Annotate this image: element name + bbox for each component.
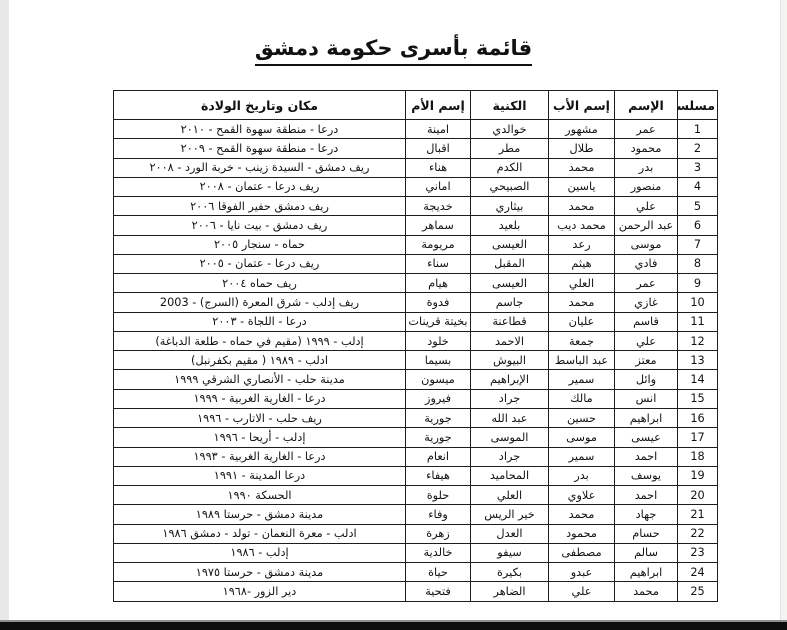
cell-father: عبدو — [549, 563, 615, 582]
cell-mother: جورية — [406, 408, 471, 427]
cell-mother: حلوة — [406, 486, 471, 505]
cell-surname: العيسى — [471, 235, 549, 254]
cell-name: ابراهيم — [615, 563, 678, 582]
cell-name: علي — [615, 197, 678, 216]
table-row: 10غازيمحمدجاسمفدوةريف إدلب - شرق المعرة … — [114, 293, 718, 312]
cell-birth: حماه - سنجار ٢٠٠٥ — [114, 235, 406, 254]
document-title-text: قائمة بأسرى حكومة دمشق — [255, 36, 532, 66]
cell-mother: فدوة — [406, 293, 471, 312]
cell-father: مشهور — [549, 120, 615, 139]
cell-mother: خلود — [406, 331, 471, 350]
cell-father: محمد — [549, 197, 615, 216]
cell-father: محمد — [549, 293, 615, 312]
cell-father: محمد ديب — [549, 216, 615, 235]
cell-birth: مدينة دمشق - حرستا ١٩٧٥ — [114, 563, 406, 582]
cell-surname: العدل — [471, 524, 549, 543]
document-title: قائمة بأسرى حكومة دمشق — [0, 36, 787, 66]
cell-name: عمر — [615, 274, 678, 293]
cell-serial: 9 — [678, 274, 718, 293]
cell-mother: مريومة — [406, 235, 471, 254]
cell-surname: خوالدي — [471, 120, 549, 139]
table-row: 19يوسفبدرالمحاميدهيفاءدرعا المدينة - ١٩٩… — [114, 466, 718, 485]
cell-surname: الكدم — [471, 158, 549, 177]
cell-mother: امينة — [406, 120, 471, 139]
cell-serial: 10 — [678, 293, 718, 312]
cell-birth: ريف درعا - عتمان - ٢٠٠٥ — [114, 254, 406, 273]
cell-surname: الموسى — [471, 428, 549, 447]
cell-name: محمد — [615, 582, 678, 601]
cell-surname: خير الريس — [471, 505, 549, 524]
table-body: 1عمرمشهورخوالديامينةدرعا - منطقة سهوة ال… — [114, 120, 718, 602]
cell-surname: جراد — [471, 447, 549, 466]
cell-surname: الإبراهيم — [471, 370, 549, 389]
cell-serial: 4 — [678, 177, 718, 196]
cell-name: بدر — [615, 158, 678, 177]
cell-father: مالك — [549, 389, 615, 408]
cell-surname: بكيرة — [471, 563, 549, 582]
cell-father: محمد — [549, 505, 615, 524]
cell-surname: جراد — [471, 389, 549, 408]
cell-name: حسام — [615, 524, 678, 543]
cell-father: سمير — [549, 447, 615, 466]
column-header-serial: مسلسل — [678, 91, 718, 120]
column-header-surname: الكنية — [471, 91, 549, 120]
cell-name: ابراهيم — [615, 408, 678, 427]
cell-birth: دير الزور -١٩٦٨ — [114, 582, 406, 601]
cell-mother: سناء — [406, 254, 471, 273]
cell-father: حسين — [549, 408, 615, 427]
table-row: 21جهادمحمدخير الريسوفاءمدينة دمشق - حرست… — [114, 505, 718, 524]
cell-name: عمر — [615, 120, 678, 139]
cell-mother: جورية — [406, 428, 471, 447]
cell-mother: انعام — [406, 447, 471, 466]
cell-serial: 1 — [678, 120, 718, 139]
cell-serial: 13 — [678, 351, 718, 370]
table-row: 16ابراهيمحسينعبد اللهجوريةريف حلب - الات… — [114, 408, 718, 427]
cell-mother: اماني — [406, 177, 471, 196]
cell-birth: درعا - الغارية الغربية - ١٩٩٩ — [114, 389, 406, 408]
cell-birth: ريف دمشق حفير الفوقا ٢٠٠٦ — [114, 197, 406, 216]
cell-surname: العلي — [471, 486, 549, 505]
cell-serial: 23 — [678, 543, 718, 562]
cell-surname: البيوش — [471, 351, 549, 370]
table-row: 23سالممصطفىسيفوخالديةإدلب - ١٩٨٦ — [114, 543, 718, 562]
cell-name: علي — [615, 331, 678, 350]
cell-mother: بسيما — [406, 351, 471, 370]
cell-serial: 11 — [678, 312, 718, 331]
cell-mother: هيام — [406, 274, 471, 293]
column-header-mother: إسم الأم — [406, 91, 471, 120]
cell-serial: 25 — [678, 582, 718, 601]
cell-father: علاوي — [549, 486, 615, 505]
table-header: مسلسلالإسمإسم الأبالكنيةإسم الأممكان وتا… — [114, 91, 718, 120]
scan-bottom-bar — [0, 620, 787, 630]
cell-birth: درعا المدينة - ١٩٩١ — [114, 466, 406, 485]
cell-father: هيثم — [549, 254, 615, 273]
cell-birth: مدينة حلب - الأنصاري الشرقي ١٩٩٩ — [114, 370, 406, 389]
cell-name: عيسى — [615, 428, 678, 447]
cell-father: محمود — [549, 524, 615, 543]
table-row: 7موسىرعدالعيسىمريومةحماه - سنجار ٢٠٠٥ — [114, 235, 718, 254]
cell-serial: 6 — [678, 216, 718, 235]
table-row: 14وائلسميرالإبراهيمميسونمدينة حلب - الأن… — [114, 370, 718, 389]
table-row: 11قاسمعليانقطاعنةبخيتة قريناتدرعا - اللج… — [114, 312, 718, 331]
table-row: 13معتزعبد الباسطالبيوشبسيماادلب - ١٩٨٩ (… — [114, 351, 718, 370]
cell-birth: ادلب - معرة النعمان - تولد - دمشق ١٩٨٦ — [114, 524, 406, 543]
table-row: 1عمرمشهورخوالديامينةدرعا - منطقة سهوة ال… — [114, 120, 718, 139]
table-row: 17عيسىموسىالموسىجوريةإدلب - أريحا - ١٩٩٦ — [114, 428, 718, 447]
cell-mother: اقبال — [406, 139, 471, 158]
cell-birth: ريف حلب - الاتارب - ١٩٩٦ — [114, 408, 406, 427]
cell-mother: خالدية — [406, 543, 471, 562]
cell-father: رعد — [549, 235, 615, 254]
cell-birth: درعا - الغارية الغربية - ١٩٩٣ — [114, 447, 406, 466]
cell-name: غازي — [615, 293, 678, 312]
column-header-name: الإسم — [615, 91, 678, 120]
cell-name: احمد — [615, 447, 678, 466]
cell-serial: 3 — [678, 158, 718, 177]
table-row: 5عليمحمدبيثاريخديجةريف دمشق حفير الفوقا … — [114, 197, 718, 216]
cell-birth: مدينة دمشق - حرستا ١٩٨٩ — [114, 505, 406, 524]
cell-mother: فتحية — [406, 582, 471, 601]
cell-surname: الصبيحي — [471, 177, 549, 196]
cell-birth: إدلب - ١٩٩٩ (مقيم في حماه - طلعة الدباغة… — [114, 331, 406, 350]
cell-father: محمد — [549, 158, 615, 177]
cell-serial: 16 — [678, 408, 718, 427]
cell-name: وائل — [615, 370, 678, 389]
cell-birth: درعا - منطقة سهوة القمح - ٢٠١٠ — [114, 120, 406, 139]
cell-mother: زهرة — [406, 524, 471, 543]
cell-birth: ريف دمشق - السيدة زينب - خربة الورد - ٢٠… — [114, 158, 406, 177]
cell-serial: 24 — [678, 563, 718, 582]
cell-birth: إدلب - ١٩٨٦ — [114, 543, 406, 562]
cell-father: ياسين — [549, 177, 615, 196]
cell-mother: فيروز — [406, 389, 471, 408]
cell-name: سالم — [615, 543, 678, 562]
cell-surname: المقبل — [471, 254, 549, 273]
cell-birth: ادلب - ١٩٨٩ ( مقيم بكفرنبل) — [114, 351, 406, 370]
header-row: مسلسلالإسمإسم الأبالكنيةإسم الأممكان وتا… — [114, 91, 718, 120]
cell-serial: 5 — [678, 197, 718, 216]
table-row: 24ابراهيمعبدوبكيرةحياةمدينة دمشق - حرستا… — [114, 563, 718, 582]
cell-surname: مطر — [471, 139, 549, 158]
cell-birth: ريف درعا - عتمان - ٢٠٠٨ — [114, 177, 406, 196]
cell-mother: ميسون — [406, 370, 471, 389]
cell-mother: سماهر — [406, 216, 471, 235]
table-row: 2محمودطلالمطراقبالدرعا - منطقة سهوة القم… — [114, 139, 718, 158]
cell-serial: 19 — [678, 466, 718, 485]
table-row: 22حساممحمودالعدلزهرةادلب - معرة النعمان … — [114, 524, 718, 543]
cell-surname: بيثاري — [471, 197, 549, 216]
table-row: 8فاديهيثمالمقبلسناءريف درعا - عتمان - ٢٠… — [114, 254, 718, 273]
cell-father: عبد الباسط — [549, 351, 615, 370]
cell-serial: 21 — [678, 505, 718, 524]
cell-father: عليان — [549, 312, 615, 331]
cell-serial: 18 — [678, 447, 718, 466]
cell-father: علي — [549, 582, 615, 601]
cell-father: مصطفى — [549, 543, 615, 562]
cell-name: جهاد — [615, 505, 678, 524]
table-row: 20احمدعلاويالعليحلوةالحسكة ١٩٩٠ — [114, 486, 718, 505]
cell-name: يوسف — [615, 466, 678, 485]
cell-serial: 14 — [678, 370, 718, 389]
cell-serial: 7 — [678, 235, 718, 254]
cell-mother: وفاء — [406, 505, 471, 524]
cell-name: موسى — [615, 235, 678, 254]
table-row: 6عبد الرحمنمحمد ديببلعيدسماهرريف دمشق - … — [114, 216, 718, 235]
cell-birth: درعا - منطقة سهوة القمح - ٢٠٠٩ — [114, 139, 406, 158]
cell-mother: خديجة — [406, 197, 471, 216]
prisoners-table: مسلسلالإسمإسم الأبالكنيةإسم الأممكان وتا… — [113, 90, 718, 602]
table-row: 12عليجمعةالاحمدخلودإدلب - ١٩٩٩ (مقيم في … — [114, 331, 718, 350]
cell-mother: حياة — [406, 563, 471, 582]
table-row: 15انسمالكجرادفيروزدرعا - الغارية الغربية… — [114, 389, 718, 408]
cell-mother: بخيتة قرينات — [406, 312, 471, 331]
cell-surname: الضاهر — [471, 582, 549, 601]
cell-name: احمد — [615, 486, 678, 505]
cell-surname: المحاميد — [471, 466, 549, 485]
cell-birth: درعا - اللجاة - ٢٠٠٣ — [114, 312, 406, 331]
cell-name: قاسم — [615, 312, 678, 331]
cell-serial: 15 — [678, 389, 718, 408]
scan-left-edge — [0, 0, 9, 630]
cell-mother: هيفاء — [406, 466, 471, 485]
column-header-father: إسم الأب — [549, 91, 615, 120]
cell-birth: الحسكة ١٩٩٠ — [114, 486, 406, 505]
cell-surname: الاحمد — [471, 331, 549, 350]
column-header-birth: مكان وتاريخ الولادة — [114, 91, 406, 120]
cell-birth: ريف إدلب - شرق المعرة (السرج) - 2003 — [114, 293, 406, 312]
cell-father: سمير — [549, 370, 615, 389]
cell-serial: 17 — [678, 428, 718, 447]
cell-birth: ريف دمشق - بيت نايا - ٢٠٠٦ — [114, 216, 406, 235]
cell-name: عبد الرحمن — [615, 216, 678, 235]
cell-father: موسى — [549, 428, 615, 447]
cell-father: طلال — [549, 139, 615, 158]
cell-name: محمود — [615, 139, 678, 158]
cell-birth: ريف حماه ٢٠٠٤ — [114, 274, 406, 293]
cell-surname: بلعيد — [471, 216, 549, 235]
cell-name: معتز — [615, 351, 678, 370]
cell-father: بدر — [549, 466, 615, 485]
cell-name: فادي — [615, 254, 678, 273]
table-row: 18احمدسميرجرادانعامدرعا - الغارية الغربي… — [114, 447, 718, 466]
cell-name: منصور — [615, 177, 678, 196]
cell-surname: قطاعنة — [471, 312, 549, 331]
cell-surname: عبد الله — [471, 408, 549, 427]
cell-serial: 2 — [678, 139, 718, 158]
table-row: 9عمرالعليالعيسىهيامريف حماه ٢٠٠٤ — [114, 274, 718, 293]
cell-serial: 22 — [678, 524, 718, 543]
cell-mother: هناء — [406, 158, 471, 177]
cell-surname: جاسم — [471, 293, 549, 312]
cell-surname: العيسى — [471, 274, 549, 293]
cell-serial: 20 — [678, 486, 718, 505]
table-row: 25محمدعليالضاهرفتحيةدير الزور -١٩٦٨ — [114, 582, 718, 601]
cell-name: انس — [615, 389, 678, 408]
cell-surname: سيفو — [471, 543, 549, 562]
scan-right-page-edge — [780, 0, 787, 630]
table-row: 4منصورياسينالصبيحيامانيريف درعا - عتمان … — [114, 177, 718, 196]
cell-serial: 8 — [678, 254, 718, 273]
cell-father: جمعة — [549, 331, 615, 350]
cell-serial: 12 — [678, 331, 718, 350]
cell-birth: إدلب - أريحا - ١٩٩٦ — [114, 428, 406, 447]
cell-father: العلي — [549, 274, 615, 293]
table-row: 3بدرمحمدالكدمهناءريف دمشق - السيدة زينب … — [114, 158, 718, 177]
